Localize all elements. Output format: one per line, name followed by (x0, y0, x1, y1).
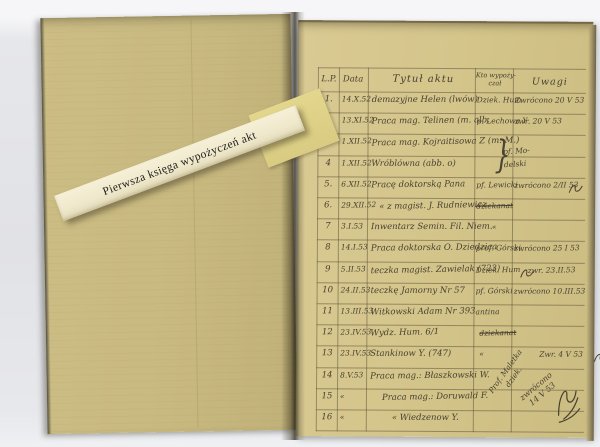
header-lp: L.P. (319, 74, 339, 84)
cell-date: 3.I.53 (341, 222, 371, 231)
cell-borrower: « (492, 222, 497, 231)
cell-title: Stankinow Y. (747) (370, 349, 451, 359)
cell-date: 1.XII.52 (341, 137, 371, 147)
table-hline (318, 91, 586, 94)
cell-title: Praca mag.: Błaszkowski W. (370, 370, 490, 381)
cell-lp: 11 (317, 306, 337, 316)
cell-date: 1.XII.52 (341, 158, 371, 167)
cell-lp: 4 (318, 158, 338, 168)
cell-title: « z magist. J. Rudniewicz (379, 200, 487, 212)
cell-remarks: zwr. 23.II.53 (528, 265, 576, 275)
cell-title: Pracę doktorską Pana (371, 179, 465, 190)
cell-remarks: Zwr. 4 V 53 (539, 350, 583, 359)
page-crease (190, 20, 198, 428)
cell-lp: 12 (317, 327, 337, 337)
cell-borrower: « (479, 350, 484, 359)
cell-title: « Wiedzenow Y. (392, 413, 459, 423)
cell-date: 14.I.53 (341, 243, 371, 252)
borrower-rows-3-4-line1: pf. Mo- (503, 146, 530, 157)
cell-title: Wróblówna (abb. o) (371, 158, 455, 168)
cell-title: demazyjne Helen (lwów) (372, 95, 478, 105)
cell-title: Inwentarz Semin. Fil. Niem. (371, 222, 493, 232)
cell-remarks: zwr. 20 V 53 (515, 116, 562, 126)
cell-borrower: antina (475, 307, 499, 316)
cell-lp: 6. (318, 200, 338, 210)
cell-date: 13.XI.52 (342, 115, 372, 124)
cell-lp: 16 (317, 412, 337, 422)
table-hline (317, 282, 585, 285)
cell-lp: 9 (318, 264, 338, 274)
table-hline (316, 367, 584, 370)
cell-borrower: dziekanat (479, 328, 516, 338)
cell-date: 24.II.53 (341, 285, 371, 294)
header-date: Data (343, 74, 363, 84)
cell-date: 5.II.53 (341, 264, 371, 274)
cell-title: Praca mag. Telinen (m. alb. (372, 115, 490, 126)
cell-date: 8.V.53 (340, 370, 370, 379)
paraph-icon (568, 183, 583, 196)
cell-date: « (340, 412, 370, 421)
cell-remarks: zwrócono 10.III.53 (514, 286, 586, 295)
cell-remarks: zwrócono 25 I 53 (514, 244, 580, 254)
borrower-rows-3-4-line2: delski (504, 159, 527, 169)
cell-date: 23.IV.53 (340, 349, 370, 358)
ledger-table: L.P. Data Tytuł aktu Kto wypoży-czał Uwa… (316, 67, 586, 433)
cell-remarks: Zwrócono 20 V 53 (515, 96, 584, 105)
cell-remarks-paraph (566, 179, 583, 198)
cell-lp: 5. (318, 179, 338, 189)
cell-lp: 13 (317, 349, 337, 359)
cell-borrower: Dziek. Hum (476, 264, 521, 274)
cell-borrower: pf. Górski (476, 286, 513, 295)
cell-date: 13.III.53 (340, 306, 370, 315)
table-hline (317, 261, 585, 264)
cell-lp: 14 (317, 370, 337, 380)
cell-remarks-paraph (591, 348, 600, 367)
header-borrower-line1: Kto wypoży- (476, 71, 516, 79)
cell-title: Wydz. Hum. 6/1 (370, 327, 439, 338)
table-hline (317, 155, 585, 158)
table-hline (316, 430, 584, 433)
header-borrower: Kto wypoży-czał (476, 71, 514, 87)
header-remarks: Uwagi (515, 76, 585, 87)
cell-date: 29.XII.52 (341, 200, 371, 210)
paraph-icon (593, 352, 600, 365)
cell-lp: 15 (317, 391, 337, 401)
cell-date: « (340, 391, 370, 401)
cell-date: 6.XII.52 (341, 179, 371, 188)
ledger-photo: Pierwsza księga wypożyczeń akt L.P. Data… (0, 0, 600, 447)
header-title: Tytuł aktu (372, 74, 475, 86)
cell-lp: 7 (318, 221, 338, 231)
table-hline (317, 176, 585, 179)
cell-lp: 8 (318, 243, 338, 253)
book-binding-shadow (281, 12, 305, 440)
table-hline (318, 67, 586, 70)
left-page (40, 14, 297, 434)
borrower-rows-3-4: pf. Mo-delski (503, 144, 531, 172)
header-borrower-line2: czał (488, 79, 501, 87)
right-page: L.P. Data Tytuł aktu Kto wypoży-czał Uwa… (296, 20, 594, 438)
cell-borrower: dziekanat (476, 201, 513, 211)
cell-title: Witkowski Adam Nr 393 (370, 306, 475, 317)
cell-title: Praca mag.: Doruwald F. (382, 391, 488, 403)
cell-borrower: pf. Lewicki (476, 180, 518, 189)
cell-date: 14.X.52 (342, 94, 372, 103)
cell-title: teczkę Jamorny Nr 57 (371, 286, 465, 296)
cell-date: 23.IV.53 (340, 327, 370, 337)
cell-lp: 10 (318, 285, 338, 295)
